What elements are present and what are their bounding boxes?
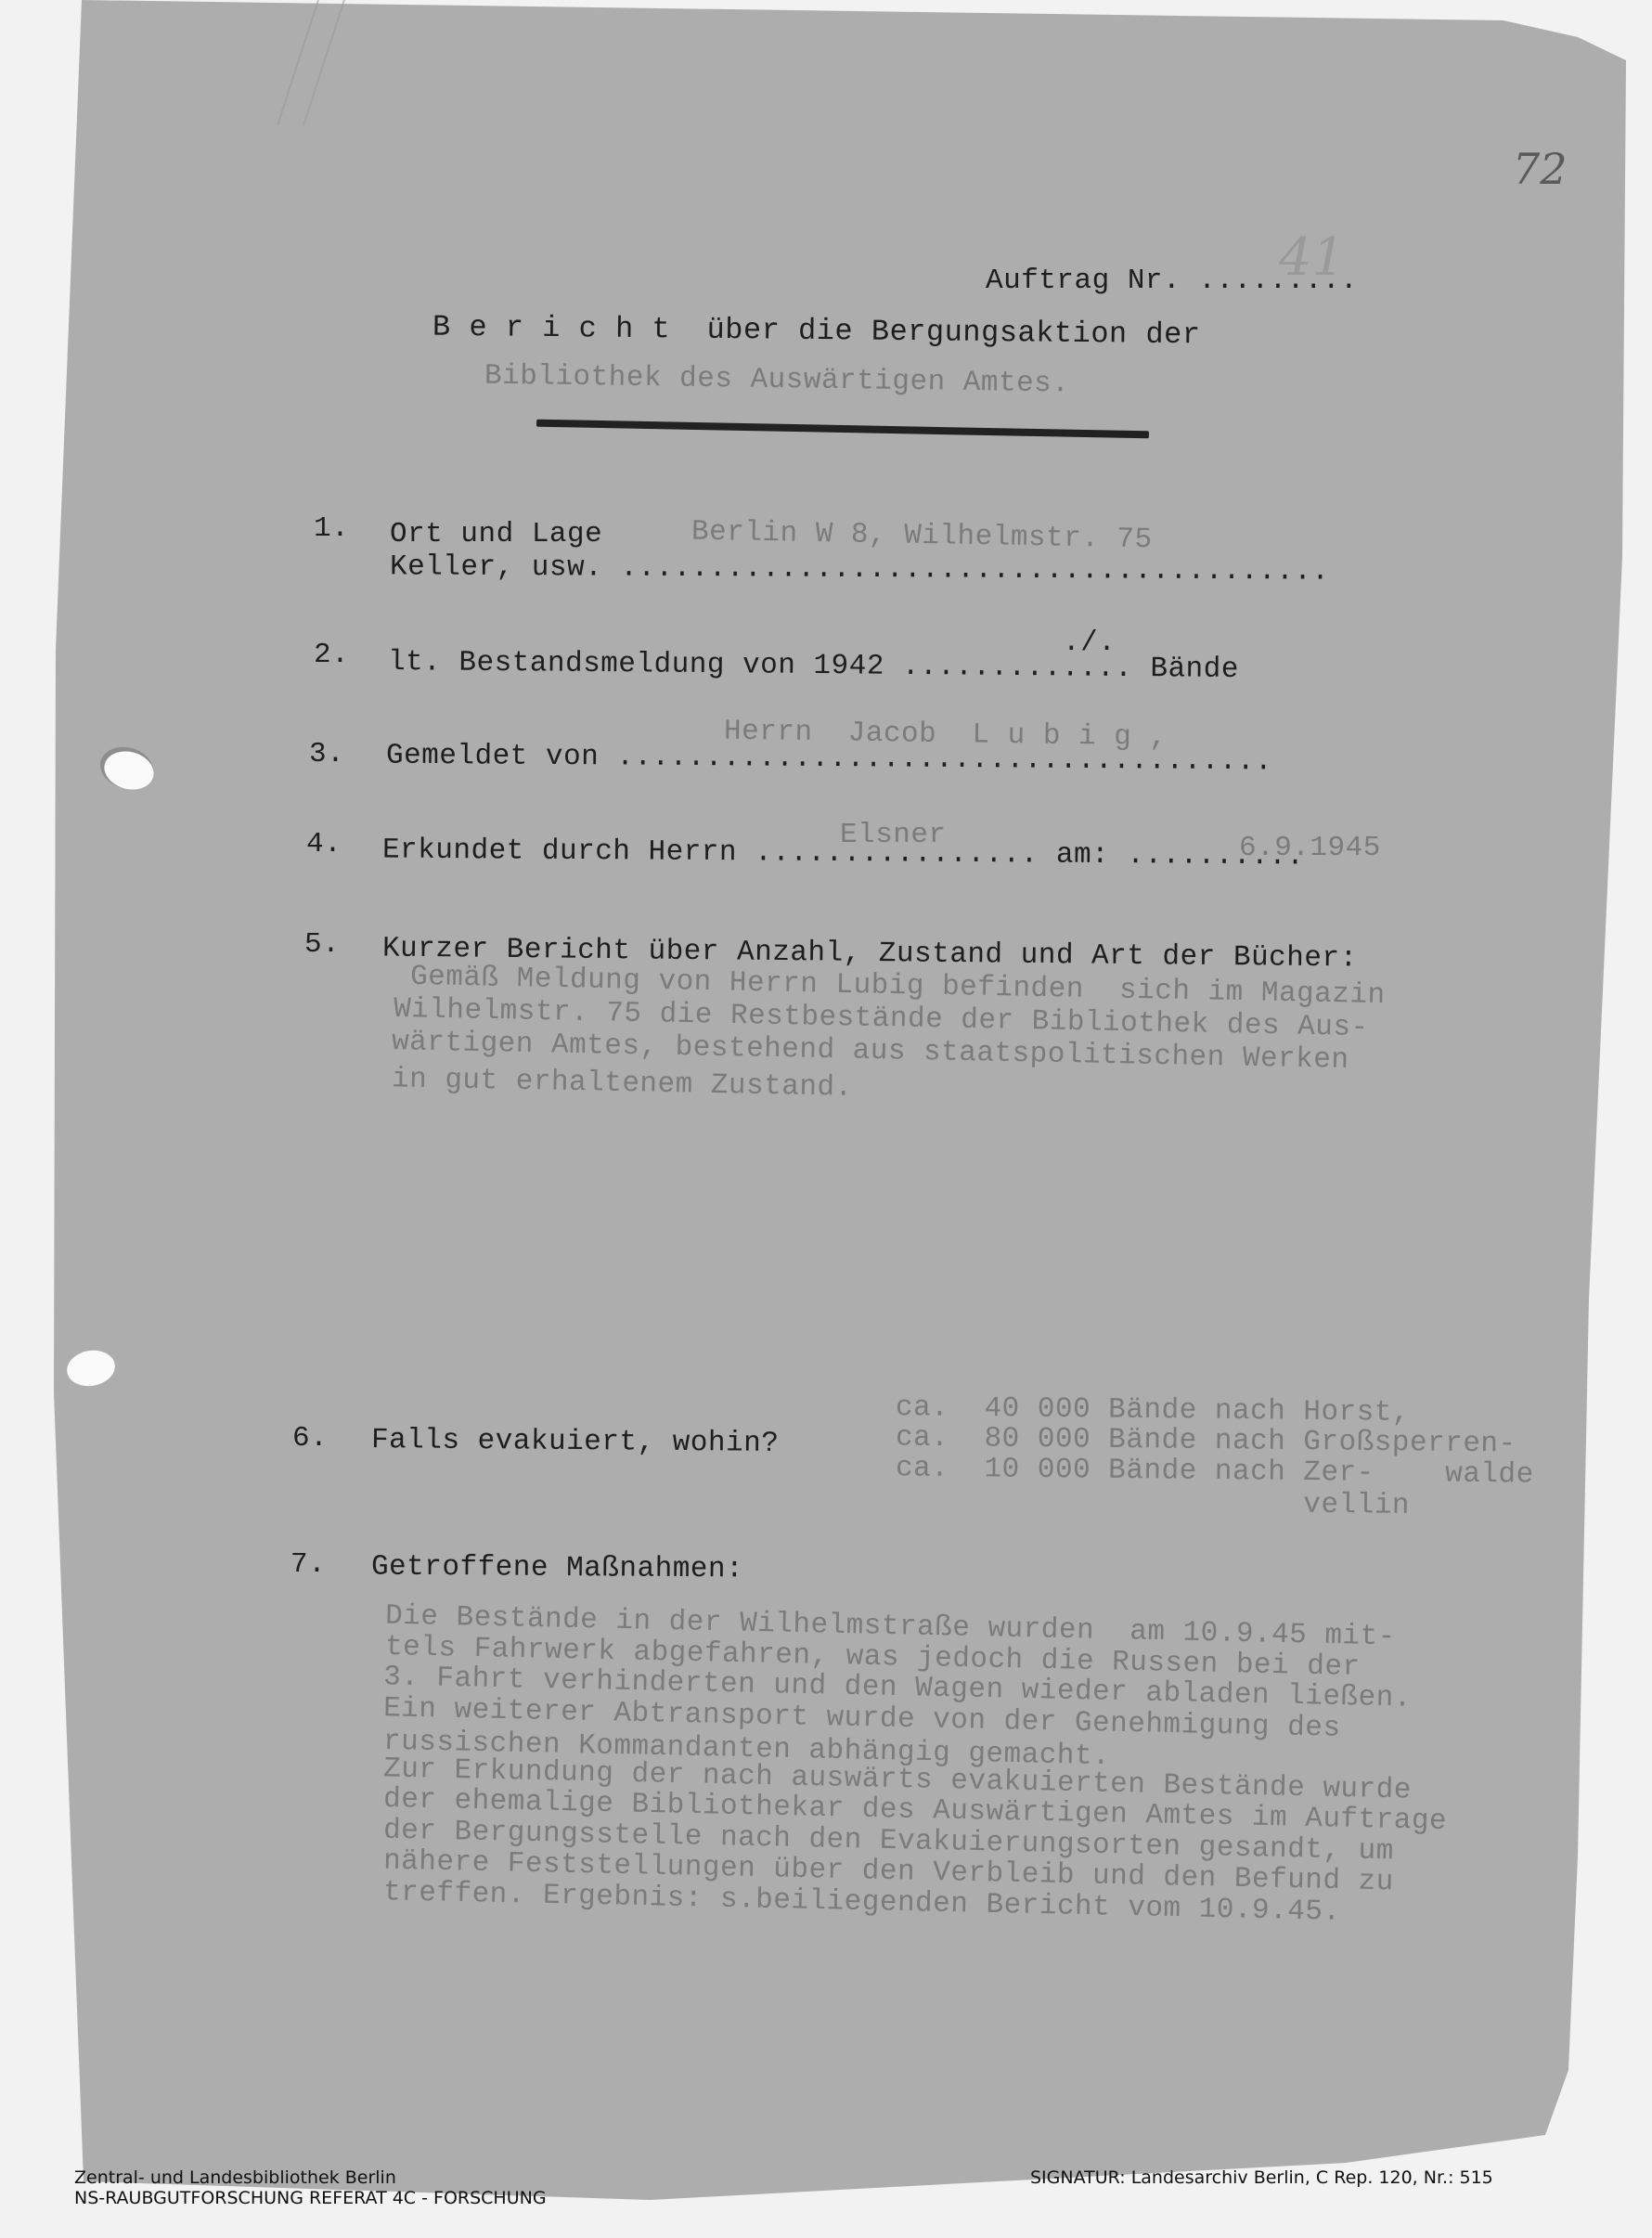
item-3-value: Herrn Jacob L u b i g , [724,716,1168,755]
item-7-label: Getroffene Maßnahmen: [371,1551,743,1586]
item-4-value-person: Elsner [840,819,947,851]
item-3-number: 3. [309,738,344,770]
item-5-number: 5. [304,928,340,961]
handwritten-page-number: 72 [1513,144,1568,194]
item-6-number: 6. [292,1422,328,1455]
footer-signature: SIGNATUR: Landesarchiv Berlin, C Rep. 12… [1030,2167,1493,2188]
item-6-text-line: vellin [896,1484,1410,1522]
order-number-handwritten: 41 [1279,227,1345,288]
item-2-value: ./. [1063,627,1116,659]
item-2-number: 2. [314,639,349,671]
item-1-label: Ort und Lage [390,518,602,550]
item-6-label: Falls evakuiert, wohin? [371,1424,780,1460]
item-4-value-date: 6.9.1945 [1239,832,1381,864]
item-1-label-line2: Keller, usw. ...........................… [390,550,1330,588]
item-4-number: 4. [306,828,342,860]
footer-library-name: Zentral- und Landesbibliothek Berlin [74,2167,547,2188]
footer-institution: Zentral- und Landesbibliothek BerlinNS-R… [74,2167,547,2208]
item-1-number: 1. [314,512,349,545]
item-7-number: 7. [290,1548,326,1581]
footer-department: NS-RAUBGUTFORSCHUNG REFERAT 4C - FORSCHU… [74,2188,547,2208]
